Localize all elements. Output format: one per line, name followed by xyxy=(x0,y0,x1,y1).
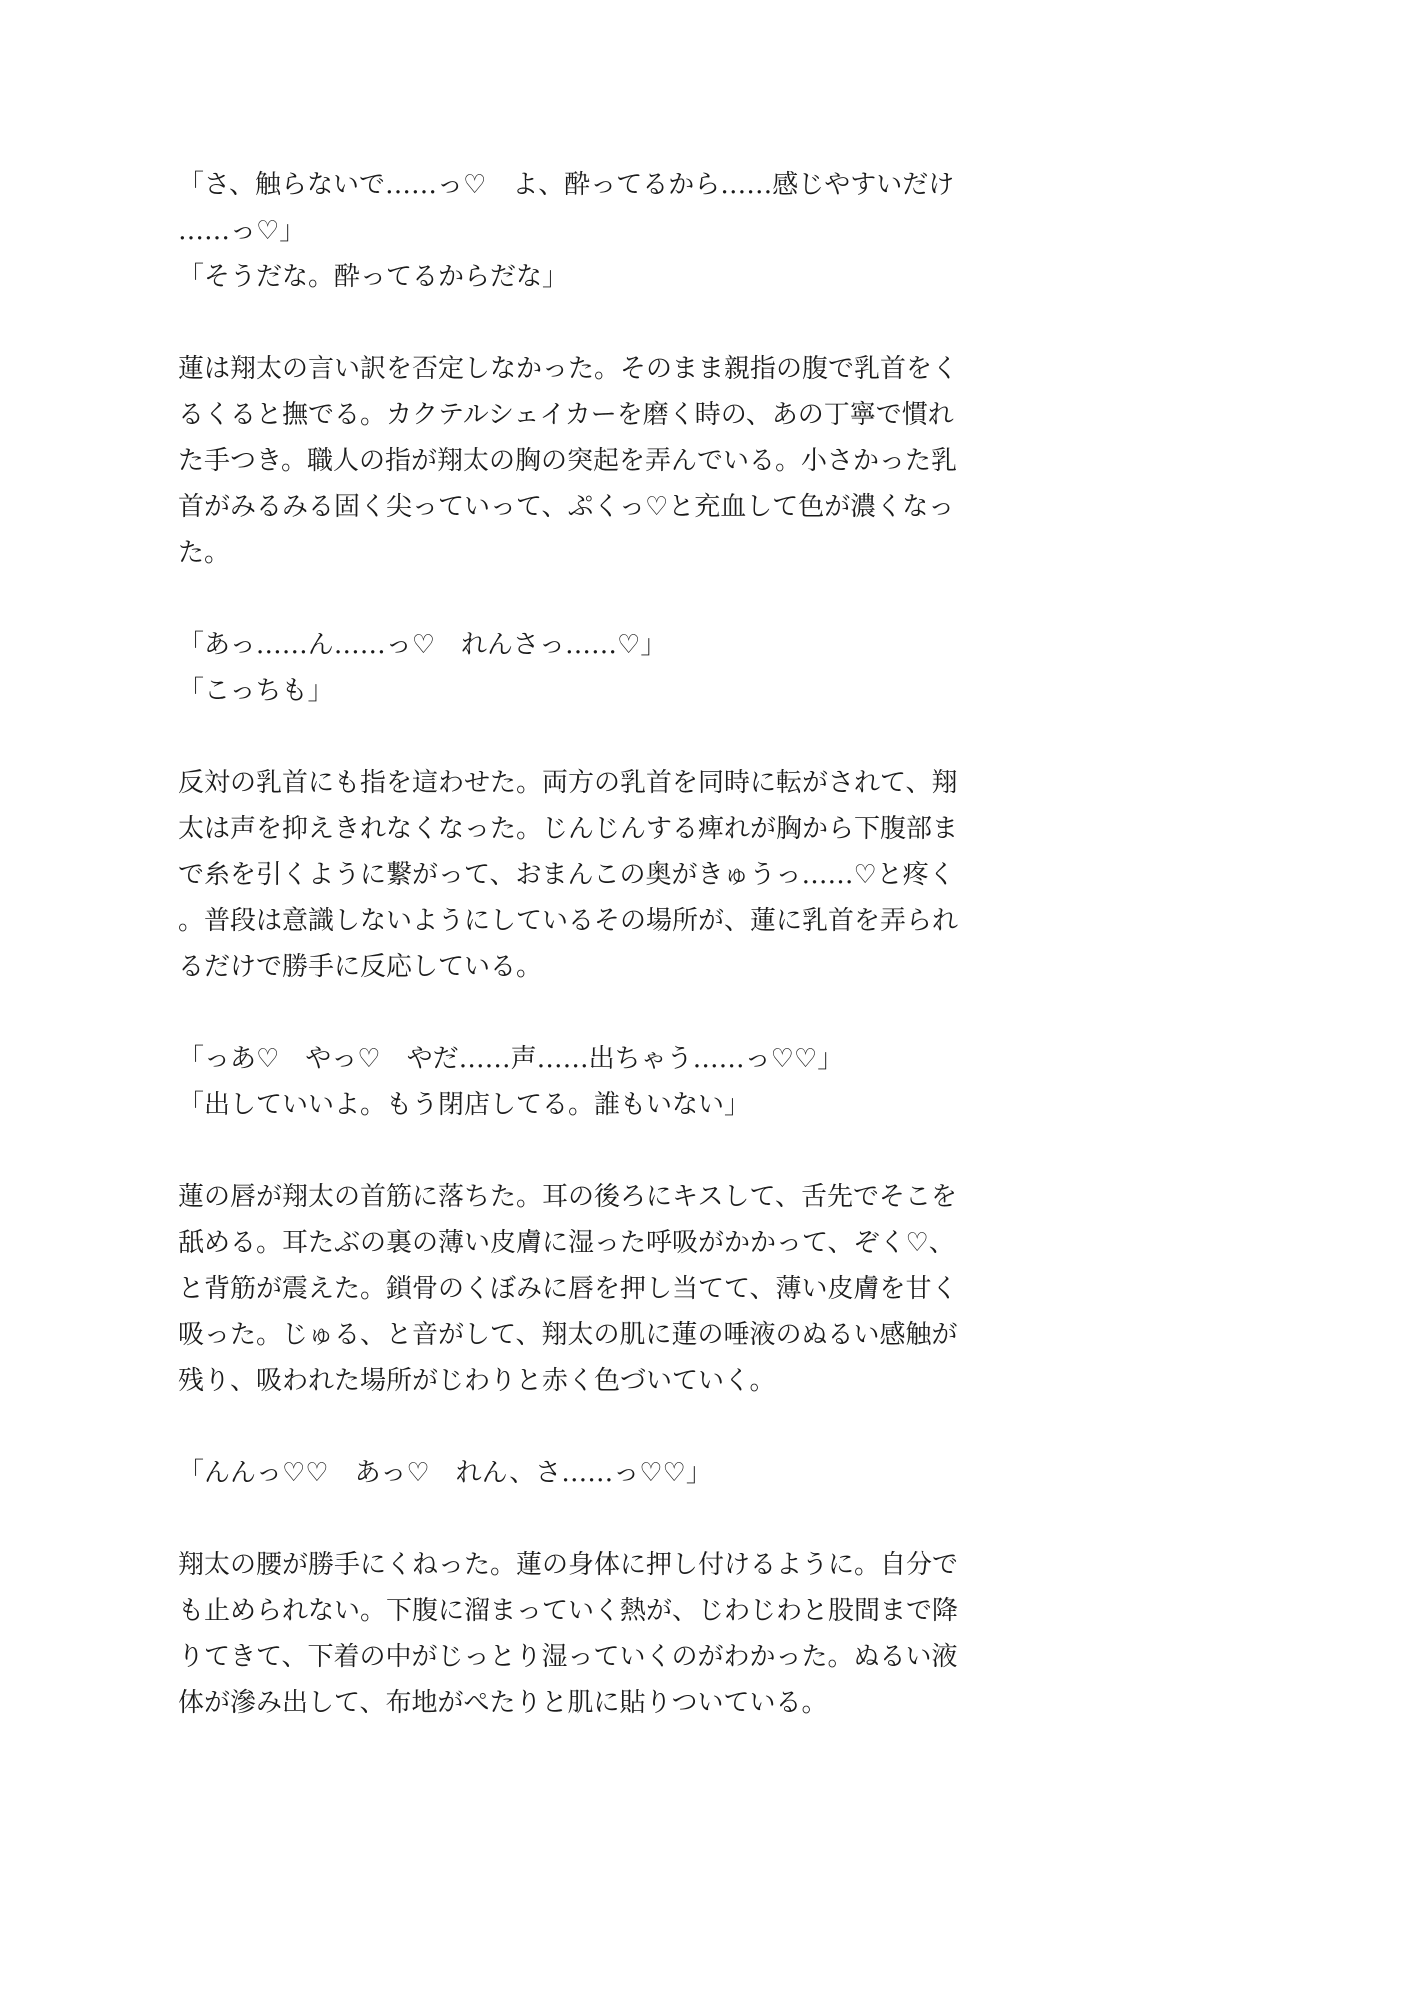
dialogue-paragraph: 「っあ♡ やっ♡ やだ……声……出ちゃう……っ♡♡」「出していいよ。もう閉店して… xyxy=(178,1036,962,1128)
text-line: ……っ♡」 xyxy=(178,208,962,254)
text-line: るくると撫でる。カクテルシェイカーを磨く時の、あの丁寧で慣れ xyxy=(178,392,962,438)
narration-paragraph: 蓮の唇が翔太の首筋に落ちた。耳の後ろにキスして、舌先でそこを舐める。耳たぶの裏の… xyxy=(178,1174,962,1404)
dialogue-paragraph: 「あっ……ん……っ♡ れんさっ……♡」「こっちも」 xyxy=(178,622,962,714)
text-line: た手つき。職人の指が翔太の胸の突起を弄んでいる。小さかった乳 xyxy=(178,438,962,484)
document-page: 「さ、触らないで……っ♡ よ、酔ってるから……感じやすいだけ……っ♡」「そうだな… xyxy=(0,0,1415,2000)
dialogue-paragraph: 「んんっ♡♡ あっ♡ れん、さ……っ♡♡」 xyxy=(178,1450,962,1496)
text-line: 「そうだな。酔ってるからだな」 xyxy=(178,254,962,300)
text-line: 「さ、触らないで……っ♡ よ、酔ってるから……感じやすいだけ xyxy=(178,162,962,208)
text-block: 「さ、触らないで……っ♡ よ、酔ってるから……感じやすいだけ……っ♡」「そうだな… xyxy=(178,162,962,1772)
text-line: 太は声を抑えきれなくなった。じんじんする痺れが胸から下腹部ま xyxy=(178,806,962,852)
text-line: 「こっちも」 xyxy=(178,668,962,714)
text-line: 残り、吸われた場所がじわりと赤く色づいていく。 xyxy=(178,1358,962,1404)
narration-paragraph: 翔太の腰が勝手にくねった。蓮の身体に押し付けるように。自分でも止められない。下腹… xyxy=(178,1542,962,1726)
text-line: 「あっ……ん……っ♡ れんさっ……♡」 xyxy=(178,622,962,668)
text-line: りてきて、下着の中がじっとり湿っていくのがわかった。ぬるい液 xyxy=(178,1634,962,1680)
text-line: 吸った。じゅる、と音がして、翔太の肌に蓮の唾液のぬるい感触が xyxy=(178,1312,962,1358)
dialogue-paragraph: 「さ、触らないで……っ♡ よ、酔ってるから……感じやすいだけ……っ♡」「そうだな… xyxy=(178,162,962,300)
text-line: た。 xyxy=(178,530,962,576)
text-line: 「出していいよ。もう閉店してる。誰もいない」 xyxy=(178,1082,962,1128)
text-line: 。普段は意識しないようにしているその場所が、蓮に乳首を弄られ xyxy=(178,898,962,944)
text-line: るだけで勝手に反応している。 xyxy=(178,944,962,990)
text-line: 反対の乳首にも指を這わせた。両方の乳首を同時に転がされて、翔 xyxy=(178,760,962,806)
text-line: 「んんっ♡♡ あっ♡ れん、さ……っ♡♡」 xyxy=(178,1450,962,1496)
text-line: と背筋が震えた。鎖骨のくぼみに唇を押し当てて、薄い皮膚を甘く xyxy=(178,1266,962,1312)
text-line: も止められない。下腹に溜まっていく熱が、じわじわと股間まで降 xyxy=(178,1588,962,1634)
narration-paragraph: 反対の乳首にも指を這わせた。両方の乳首を同時に転がされて、翔太は声を抑えきれなく… xyxy=(178,760,962,990)
narration-paragraph: 蓮は翔太の言い訳を否定しなかった。そのまま親指の腹で乳首をくるくると撫でる。カク… xyxy=(178,346,962,576)
text-line: 舐める。耳たぶの裏の薄い皮膚に湿った呼吸がかかって、ぞく♡、 xyxy=(178,1220,962,1266)
text-line: 蓮は翔太の言い訳を否定しなかった。そのまま親指の腹で乳首をく xyxy=(178,346,962,392)
text-line: 体が滲み出して、布地がぺたりと肌に貼りついている。 xyxy=(178,1680,962,1726)
text-line: 蓮の唇が翔太の首筋に落ちた。耳の後ろにキスして、舌先でそこを xyxy=(178,1174,962,1220)
text-line: 首がみるみる固く尖っていって、ぷくっ♡と充血して色が濃くなっ xyxy=(178,484,962,530)
text-line: 翔太の腰が勝手にくねった。蓮の身体に押し付けるように。自分で xyxy=(178,1542,962,1588)
text-line: 「っあ♡ やっ♡ やだ……声……出ちゃう……っ♡♡」 xyxy=(178,1036,962,1082)
text-line: で糸を引くように繋がって、おまんこの奥がきゅうっ……♡と疼く xyxy=(178,852,962,898)
